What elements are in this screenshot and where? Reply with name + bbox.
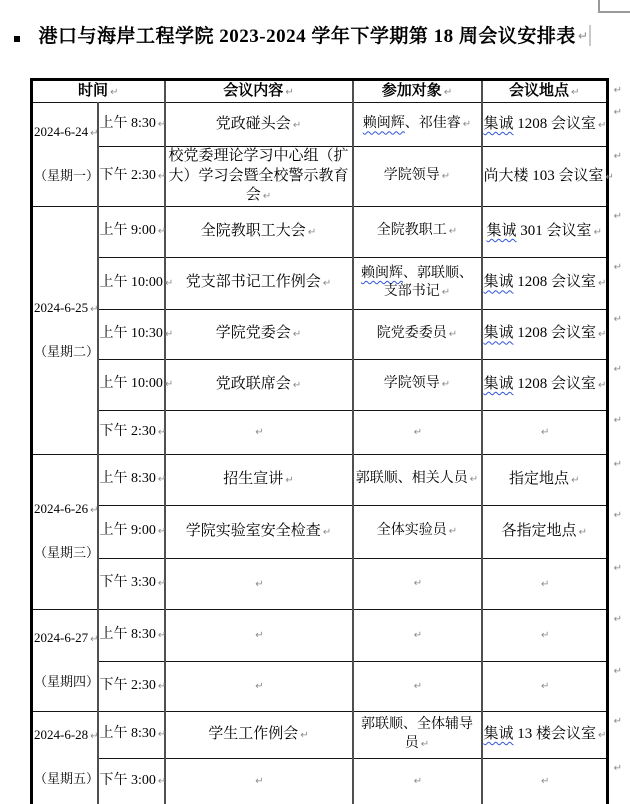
- table-row: 上午 10:30↵ 学院党委会↵ 院党委委员↵ 集诚 1208 会议室↵↵: [32, 309, 608, 359]
- time-cell[interactable]: 下午 2:30↵: [98, 661, 165, 711]
- header-location[interactable]: 会议地点↵↵: [482, 80, 608, 103]
- table-row: 下午 2:30↵ ↵ ↵ ↵↵: [32, 661, 608, 711]
- cell-end-mark-icon: ↵: [449, 329, 457, 340]
- cell-end-mark-icon: ↵: [470, 474, 478, 485]
- participants-cell[interactable]: ↵: [353, 758, 482, 804]
- header-participants[interactable]: 参加对象↵: [353, 80, 482, 103]
- text-cursor: [589, 25, 591, 46]
- meeting-content-cell[interactable]: 学院实验室安全检查↵: [165, 505, 353, 558]
- cell-end-mark-icon: ↵: [414, 427, 422, 438]
- meeting-content-cell[interactable]: 全院教职工大会↵: [165, 206, 353, 257]
- participants-cell[interactable]: 赖闽辉、祁佳睿↵: [353, 103, 482, 147]
- cell-end-mark-icon: ↵: [444, 87, 452, 98]
- time-cell[interactable]: 上午 10:00↵: [98, 257, 165, 309]
- row-end-mark-icon: ↵: [614, 458, 622, 471]
- cell-end-mark-icon: ↵: [463, 119, 471, 130]
- table-row: 下午 2:30↵ 校党委理论学习中心组（扩大）学习会暨全校警示教育会↵ 学院领导…: [32, 147, 608, 207]
- cell-end-mark-icon: ↵: [293, 329, 301, 340]
- time-cell[interactable]: 下午 2:30↵: [98, 410, 165, 454]
- participants-cell[interactable]: 全院教职工↵: [353, 206, 482, 257]
- cell-end-mark-icon: ↵: [263, 191, 271, 202]
- row-end-mark-icon: ↵: [614, 313, 622, 326]
- cell-end-mark-icon: ↵: [255, 427, 263, 438]
- participants-cell[interactable]: ↵: [353, 558, 482, 609]
- row-end-mark-icon: ↵: [614, 414, 622, 427]
- cell-end-mark-icon: ↵: [323, 278, 331, 289]
- participants-cell[interactable]: 院党委委员↵: [353, 309, 482, 359]
- time-cell[interactable]: 上午 10:30↵: [98, 309, 165, 359]
- location-cell[interactable]: ↵↵: [482, 410, 608, 454]
- cell-end-mark-icon: ↵: [541, 630, 549, 641]
- location-cell[interactable]: ↵↵: [482, 758, 608, 804]
- time-cell[interactable]: 上午 10:00↵: [98, 359, 165, 410]
- header-time[interactable]: 时间↵: [32, 80, 165, 103]
- date-cell[interactable]: 2024-6-25↵ （星期二）: [32, 206, 98, 454]
- cell-end-mark-icon: ↵: [414, 681, 422, 692]
- table-row: 2024-6-28↵ （星期五） 上午 8:30↵ 学生工作例会↵ 郭联顺、全体…: [32, 711, 608, 758]
- meeting-content-cell[interactable]: 校党委理论学习中心组（扩大）学习会暨全校警示教育会↵: [165, 147, 353, 207]
- cell-end-mark-icon: ↵: [541, 427, 549, 438]
- row-end-mark-icon: ↵: [614, 363, 622, 376]
- offscreen-frame-corner: [598, 0, 630, 13]
- time-cell[interactable]: 下午 3:30↵: [98, 558, 165, 609]
- meeting-content-cell[interactable]: ↵: [165, 609, 353, 661]
- cell-end-mark-icon: ↵: [442, 379, 450, 390]
- time-cell[interactable]: 上午 8:30↵: [98, 103, 165, 147]
- cell-end-mark-icon: ↵: [285, 87, 293, 98]
- date-cell[interactable]: 2024-6-28↵ （星期五）: [32, 711, 98, 804]
- cell-end-mark-icon: ↵: [598, 380, 606, 391]
- time-cell[interactable]: 上午 9:00↵: [98, 505, 165, 558]
- cell-end-mark-icon: ↵: [285, 475, 293, 486]
- cell-end-mark-icon: ↵: [579, 527, 587, 538]
- cell-end-mark-icon: ↵: [449, 226, 457, 237]
- document-title: 港口与海岸工程学院 2023-2024 学年下学期第 18 周会议安排表↵: [0, 21, 630, 48]
- meeting-content-cell[interactable]: ↵: [165, 661, 353, 711]
- cell-end-mark-icon: ↵: [442, 171, 450, 182]
- location-cell[interactable]: ↵↵: [482, 609, 608, 661]
- cell-end-mark-icon: ↵: [255, 776, 263, 787]
- location-cell[interactable]: ↵↵: [482, 558, 608, 609]
- table-row: 下午 3:30↵ ↵ ↵ ↵↵: [32, 558, 608, 609]
- meeting-content-cell[interactable]: 党政碰头会↵: [165, 103, 353, 147]
- cell-end-mark-icon: ↵: [414, 578, 422, 589]
- row-end-mark-icon: ↵: [614, 84, 622, 97]
- meeting-content-cell[interactable]: ↵: [165, 758, 353, 804]
- location-cell[interactable]: 指定地点↵↵: [482, 454, 608, 505]
- cell-end-mark-icon: ↵: [255, 681, 263, 692]
- time-cell[interactable]: 上午 8:30↵: [98, 711, 165, 758]
- cell-end-mark-icon: ↵: [414, 630, 422, 641]
- cell-end-mark-icon: ↵: [594, 227, 602, 238]
- date-cell[interactable]: 2024-6-24↵ （星期一）: [32, 103, 98, 207]
- location-cell[interactable]: ↵↵: [482, 661, 608, 711]
- meeting-content-cell[interactable]: ↵: [165, 558, 353, 609]
- location-cell[interactable]: 集诚 13 楼会议室↵↵: [482, 711, 608, 758]
- meeting-content-cell[interactable]: 招生宣讲↵: [165, 454, 353, 505]
- location-cell[interactable]: 集诚 301 会议室↵↵: [482, 206, 608, 257]
- title-text: 港口与海岸工程学院 2023-2024 学年下学期第 18 周会议安排表: [39, 26, 576, 47]
- table-row: 2024-6-26↵ （星期三） 上午 8:30↵ 招生宣讲↵ 郭联顺、相关人员…: [32, 454, 608, 505]
- meeting-content-cell[interactable]: ↵: [165, 410, 353, 454]
- cell-end-mark-icon: ↵: [541, 579, 549, 590]
- table-row: 上午 10:00↵ 党支部书记工作例会↵ 赖闽辉、郭联顺、支部书记↵ 集诚 12…: [32, 257, 608, 309]
- table-row: 上午 9:00↵ 学院实验室安全检查↵ 全体实验员↵ 各指定地点↵↵: [32, 505, 608, 558]
- location-cell[interactable]: 集诚 1208 会议室↵↵: [482, 257, 608, 309]
- row-end-mark-icon: ↵: [614, 665, 622, 678]
- cell-end-mark-icon: ↵: [421, 739, 429, 750]
- cell-end-mark-icon: ↵: [442, 287, 450, 298]
- cell-end-mark-icon: ↵: [293, 380, 301, 391]
- location-cell[interactable]: 集诚 1208 会议室↵↵: [482, 359, 608, 410]
- participants-cell[interactable]: 全体实验员↵: [353, 505, 482, 558]
- participants-cell[interactable]: 赖闽辉、郭联顺、支部书记↵: [353, 257, 482, 309]
- header-content[interactable]: 会议内容↵: [165, 80, 353, 103]
- date-cell[interactable]: 2024-6-27↵ （星期四）: [32, 609, 98, 711]
- time-cell[interactable]: 上午 8:30↵: [98, 454, 165, 505]
- table-row: 下午 2:30↵ ↵ ↵ ↵↵: [32, 410, 608, 454]
- location-cell[interactable]: 各指定地点↵↵: [482, 505, 608, 558]
- location-cell[interactable]: 集诚 1208 会议室↵↵: [482, 103, 608, 147]
- row-end-mark-icon: ↵: [614, 715, 622, 728]
- location-cell[interactable]: 尚大楼 103 会议室↵↵: [482, 147, 608, 207]
- time-cell[interactable]: 上午 8:30↵: [98, 609, 165, 661]
- row-end-mark-icon: ↵: [614, 261, 622, 274]
- document-page: 港口与海岸工程学院 2023-2024 学年下学期第 18 周会议安排表↵ 时间…: [0, 0, 630, 804]
- cell-end-mark-icon: ↵: [110, 87, 118, 98]
- cell-end-mark-icon: ↵: [598, 120, 606, 131]
- meeting-content-cell[interactable]: 学生工作例会↵: [165, 711, 353, 758]
- table-row: 2024-6-24↵ （星期一） 上午 8:30↵ 党政碰头会↵ 赖闽辉、祁佳睿…: [32, 103, 608, 147]
- meeting-schedule-table: 时间↵ 会议内容↵ 参加对象↵ 会议地点↵↵ 2024-6-24↵ （星期一） …: [30, 78, 609, 804]
- row-end-mark-icon: ↵: [614, 613, 622, 626]
- table-row: 上午 10:00↵ 党政联席会↵ 学院领导↵ 集诚 1208 会议室↵↵: [32, 359, 608, 410]
- meeting-content-cell[interactable]: 学院党委会↵: [165, 309, 353, 359]
- participants-cell[interactable]: ↵: [353, 661, 482, 711]
- cell-end-mark-icon: ↵: [541, 776, 549, 787]
- participants-cell[interactable]: 郭联顺、全体辅导员↵: [353, 711, 482, 758]
- cell-end-mark-icon: ↵: [571, 475, 579, 486]
- cell-end-mark-icon: ↵: [300, 730, 308, 741]
- row-end-mark-icon: ↵: [614, 106, 622, 119]
- paragraph-mark-icon: ↵: [578, 29, 589, 43]
- cell-end-mark-icon: ↵: [255, 579, 263, 590]
- row-end-mark-icon: ↵: [614, 150, 622, 163]
- row-end-mark-icon: ↵: [614, 762, 622, 775]
- row-end-mark-icon: ↵: [614, 210, 622, 223]
- cell-end-mark-icon: ↵: [571, 87, 579, 98]
- cell-end-mark-icon: ↵: [598, 278, 606, 289]
- cell-end-mark-icon: ↵: [308, 227, 316, 238]
- cell-end-mark-icon: ↵: [293, 120, 301, 131]
- cell-end-mark-icon: ↵: [598, 329, 606, 340]
- time-cell[interactable]: 上午 9:00↵: [98, 206, 165, 257]
- table-header-row: 时间↵ 会议内容↵ 参加对象↵ 会议地点↵↵: [32, 80, 608, 103]
- participants-cell[interactable]: 郭联顺、相关人员↵: [353, 454, 482, 505]
- cell-end-mark-icon: ↵: [541, 681, 549, 692]
- time-cell[interactable]: 下午 3:00↵: [98, 758, 165, 804]
- row-end-mark-icon: ↵: [614, 509, 622, 522]
- participants-cell[interactable]: ↵: [353, 410, 482, 454]
- table-row: 2024-6-27↵ （星期四） 上午 8:30↵ ↵ ↵ ↵↵: [32, 609, 608, 661]
- location-cell[interactable]: 集诚 1208 会议室↵↵: [482, 309, 608, 359]
- participants-cell[interactable]: ↵: [353, 609, 482, 661]
- meeting-content-cell[interactable]: 党支部书记工作例会↵: [165, 257, 353, 309]
- table-row: 下午 3:00↵ ↵ ↵ ↵↵: [32, 758, 608, 804]
- date-cell[interactable]: 2024-6-26↵ （星期三）: [32, 454, 98, 609]
- cell-end-mark-icon: ↵: [414, 776, 422, 787]
- cell-end-mark-icon: ↵: [255, 630, 263, 641]
- cell-end-mark-icon: ↵: [598, 730, 606, 741]
- cell-end-mark-icon: ↵: [449, 526, 457, 537]
- time-cell[interactable]: 下午 2:30↵: [98, 147, 165, 207]
- participants-cell[interactable]: 学院领导↵: [353, 359, 482, 410]
- table-row: 2024-6-25↵ （星期二） 上午 9:00↵ 全院教职工大会↵ 全院教职工…: [32, 206, 608, 257]
- cell-end-mark-icon: ↵: [323, 527, 331, 538]
- meeting-content-cell[interactable]: 党政联席会↵: [165, 359, 353, 410]
- participants-cell[interactable]: 学院领导↵: [353, 147, 482, 207]
- cell-end-mark-icon: ↵: [606, 172, 614, 183]
- row-end-mark-icon: ↵: [614, 562, 622, 575]
